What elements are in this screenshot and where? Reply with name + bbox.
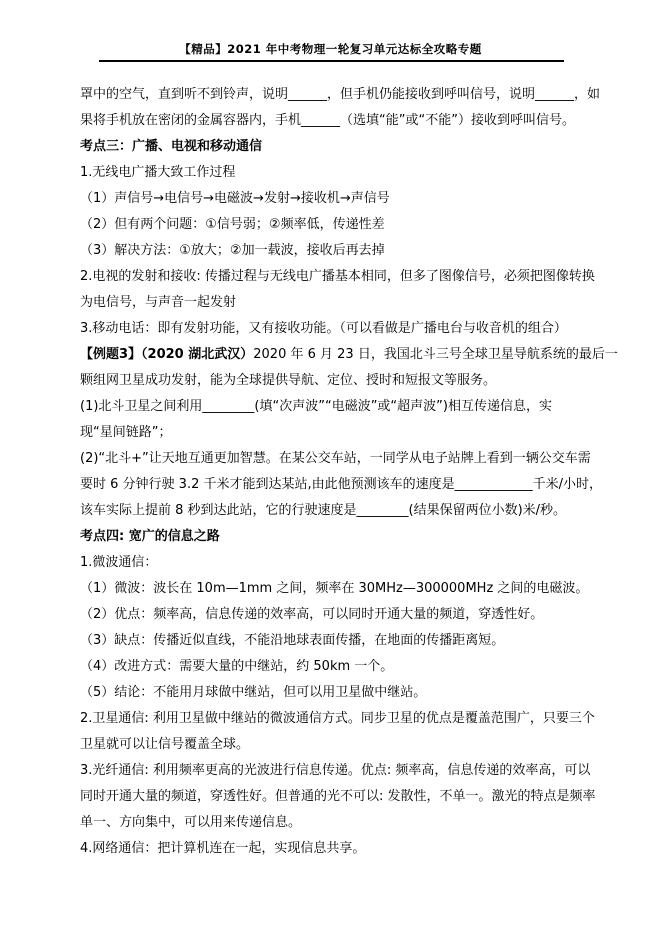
text-segment: 2.电视的发射和接收: 传播过程与无线电广播基本相同，但多了图像信号，必须把图像… <box>80 269 595 284</box>
text-segment: 现“星间链路”； <box>80 425 171 440</box>
text-line: 现“星间链路”； <box>80 420 620 446</box>
text-segment: 4.网络通信：把计算机连在一起，实现信息共享。 <box>80 841 365 856</box>
text-segment: （3）缺点：传播近似直线，不能沿地球表面传播，在地面的传播距离短。 <box>80 633 504 648</box>
text-line: （2）优点：频率高，信息传递的效率高，可以同时开通大量的频道，穿透性好。 <box>80 602 620 628</box>
text-segment: （5）结论：不能用月球做中继站，但可以用卫星做中继站。 <box>80 685 426 700</box>
text-line: 1.无线电广播大致工作过程 <box>80 160 620 186</box>
text-line: 2.电视的发射和接收: 传播过程与无线电广播基本相同，但多了图像信号，必须把图像… <box>80 264 620 290</box>
text-line: 【例题3】（2020 湖北武汉）2020 年 6 月 23 日，我国北斗三号全球… <box>80 342 620 368</box>
text-line: 考点三：广播、电视和移动通信 <box>80 134 620 160</box>
text-segment: 卫星就可以让信号覆盖全球。 <box>80 737 249 752</box>
bold-text-segment: 【例题3】（2020 湖北武汉） <box>80 347 253 362</box>
text-line: 1.微波通信： <box>80 550 620 576</box>
text-line: （2）但有两个问题：①信号弱；②频率低，传递性差 <box>80 212 620 238</box>
text-line: （5）结论：不能用月球做中继站，但可以用卫星做中继站。 <box>80 680 620 706</box>
text-line: 单一、方向集中，可以用来传递信息。 <box>80 810 620 836</box>
text-segment: 要时 6 分钟行驶 3.2 千米才能到达某站,由此他预测该车的速度是______… <box>80 477 602 492</box>
text-segment: 单一、方向集中，可以用来传递信息。 <box>80 815 301 830</box>
text-segment: 该车实际上提前 8 秒到达此站，它的行驶速度是________(结果保留两位小数… <box>80 503 566 518</box>
page-title: 【精品】2021 年中考物理一轮复习单元达标全攻略专题 <box>0 41 661 57</box>
text-segment: 2020 年 6 月 23 日，我国北斗三号全球卫星导航系统的最后一 <box>253 347 618 362</box>
text-line: （3）解决方法：①放大；②加一载波，接收后再去掉 <box>80 238 620 264</box>
text-line: 该车实际上提前 8 秒到达此站，它的行驶速度是________(结果保留两位小数… <box>80 498 620 524</box>
text-line: （1）微波：波长在 10m—1mm 之间，频率在 30MHz—300000MHz… <box>80 576 620 602</box>
text-line: 3.移动电话：即有发射功能，又有接收功能。（可以看做是广播电台与收音机的组合） <box>80 316 620 342</box>
text-segment: 罩中的空气，直到听不到铃声，说明______，但手机仍能接收到呼叫信号，说明__… <box>80 87 600 102</box>
document-body: 罩中的空气，直到听不到铃声，说明______，但手机仍能接收到呼叫信号，说明__… <box>80 82 620 862</box>
text-segment: 同时开通大量的频道，穿透性好。但普通的光不可以: 发散性，不单一。激光的特点是频… <box>80 789 596 804</box>
text-line: 同时开通大量的频道，穿透性好。但普通的光不可以: 发散性，不单一。激光的特点是频… <box>80 784 620 810</box>
text-segment: （4）改进方式：需要大量的中继站，约 50km 一个。 <box>80 659 393 674</box>
text-segment: （1）微波：波长在 10m—1mm 之间，频率在 30MHz—300000MHz… <box>80 581 588 596</box>
document-page: 【精品】2021 年中考物理一轮复习单元达标全攻略专题 罩中的空气，直到听不到铃… <box>0 0 661 935</box>
text-line: 为电信号，与声音一起发射 <box>80 290 620 316</box>
text-line: (1)北斗卫星之间利用________(填“次声波”“电磁波”或“超声波”)相互… <box>80 394 620 420</box>
text-line: 果将手机放在密闭的金属容器内，手机______（选填“能”或“不能”）接收到呼叫… <box>80 108 620 134</box>
bold-text-segment: 考点四: 宽广的信息之路 <box>80 529 220 544</box>
text-line: 3.光纤通信: 利用频率更高的光波进行信息传递。优点: 频率高，信息传递的效率高… <box>80 758 620 784</box>
header-divider <box>99 60 564 62</box>
text-line: 4.网络通信：把计算机连在一起，实现信息共享。 <box>80 836 620 862</box>
text-segment: 颗组网卫星成功发射，能为全球提供导航、定位、授时和短报文等服务。 <box>80 373 496 388</box>
text-segment: （2）优点：频率高，信息传递的效率高，可以同时开通大量的频道，穿透性好。 <box>80 607 543 622</box>
text-line: （1）声信号→电信号→电磁波→发射→接收机→声信号 <box>80 186 620 212</box>
text-line: (2)“北斗+”让天地互通更加智慧。在某公交车站，一同学从电子站牌上看到一辆公交… <box>80 446 620 472</box>
text-segment: （1）声信号→电信号→电磁波→发射→接收机→声信号 <box>80 191 390 206</box>
text-line: （4）改进方式：需要大量的中继站，约 50km 一个。 <box>80 654 620 680</box>
text-line: 颗组网卫星成功发射，能为全球提供导航、定位、授时和短报文等服务。 <box>80 368 620 394</box>
text-segment: 1.无线电广播大致工作过程 <box>80 165 235 180</box>
text-segment: （3）解决方法：①放大；②加一载波，接收后再去掉 <box>80 243 385 258</box>
text-segment: (1)北斗卫星之间利用________(填“次声波”“电磁波”或“超声波”)相互… <box>80 399 552 414</box>
text-line: 考点四: 宽广的信息之路 <box>80 524 620 550</box>
text-segment: 3.移动电话：即有发射功能，又有接收功能。（可以看做是广播电台与收音机的组合） <box>80 321 567 336</box>
text-segment: (2)“北斗+”让天地互通更加智慧。在某公交车站，一同学从电子站牌上看到一辆公交… <box>80 451 591 466</box>
text-segment: 为电信号，与声音一起发射 <box>80 295 236 310</box>
text-segment: 3.光纤通信: 利用频率更高的光波进行信息传递。优点: 频率高，信息传递的效率高… <box>80 763 590 778</box>
text-segment: （2）但有两个问题：①信号弱；②频率低，传递性差 <box>80 217 385 232</box>
text-line: 卫星就可以让信号覆盖全球。 <box>80 732 620 758</box>
text-segment: 1.微波通信： <box>80 555 157 570</box>
text-line: 2.卫星通信: 利用卫星做中继站的微波通信方式。同步卫星的优点是覆盖范围广，只要… <box>80 706 620 732</box>
text-line: 要时 6 分钟行驶 3.2 千米才能到达某站,由此他预测该车的速度是______… <box>80 472 620 498</box>
bold-text-segment: 考点三：广播、电视和移动通信 <box>80 139 262 154</box>
text-segment: 2.卫星通信: 利用卫星做中继站的微波通信方式。同步卫星的优点是覆盖范围广，只要… <box>80 711 595 726</box>
text-line: 罩中的空气，直到听不到铃声，说明______，但手机仍能接收到呼叫信号，说明__… <box>80 82 620 108</box>
text-segment: 果将手机放在密闭的金属容器内，手机______（选填“能”或“不能”）接收到呼叫… <box>80 113 575 128</box>
text-line: （3）缺点：传播近似直线，不能沿地球表面传播，在地面的传播距离短。 <box>80 628 620 654</box>
